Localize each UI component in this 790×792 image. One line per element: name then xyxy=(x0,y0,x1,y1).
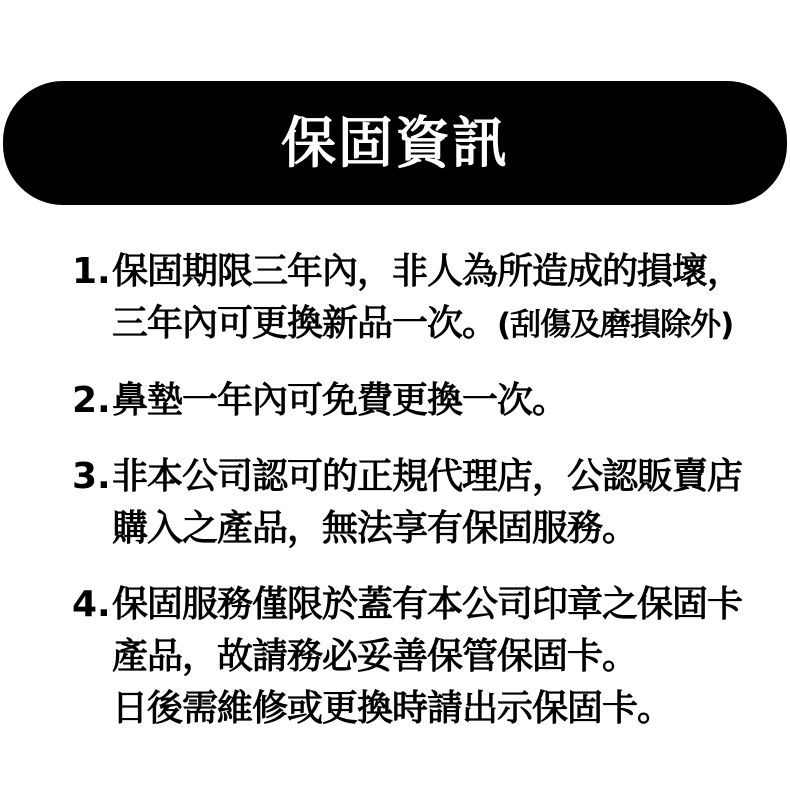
item-line: 產品，故請務必妥善保管保固卡。 xyxy=(112,631,770,683)
item-line: 非本公司認可的正規代理店，公認販賣店 xyxy=(112,451,770,503)
warranty-banner: 保固資訊 xyxy=(3,81,787,205)
item-line: 鼻墊一年內可免費更換一次。 xyxy=(112,375,770,427)
item-line: 保固期限三年內，非人為所造成的損壞， xyxy=(112,246,770,298)
item-number: 1. xyxy=(72,246,112,298)
item-number: 4. xyxy=(72,579,112,631)
item-line: 購入之產品，無法享有保固服務。 xyxy=(112,503,770,555)
item-note: (刮傷及磨損除外) xyxy=(497,307,733,343)
warranty-item-4: 4. 保固服務僅限於蓋有本公司印章之保固卡 產品，故請務必妥善保管保固卡。 日後… xyxy=(72,579,770,735)
warranty-item-3: 3. 非本公司認可的正規代理店，公認販賣店 購入之產品，無法享有保固服務。 xyxy=(72,451,770,555)
item-line: 保固服務僅限於蓋有本公司印章之保固卡 xyxy=(112,579,770,631)
warranty-item-1: 1. 保固期限三年內，非人為所造成的損壞， 三年內可更換新品一次。(刮傷及磨損除… xyxy=(72,246,770,351)
item-line: 日後需維修或更換時請出示保固卡。 xyxy=(112,683,770,735)
item-number: 2. xyxy=(72,375,112,427)
item-line: 三年內可更換新品一次。(刮傷及磨損除外) xyxy=(112,298,770,351)
warranty-list: 1. 保固期限三年內，非人為所造成的損壞， 三年內可更換新品一次。(刮傷及磨損除… xyxy=(72,246,770,759)
warranty-item-2: 2. 鼻墊一年內可免費更換一次。 xyxy=(72,375,770,427)
item-line-text: 三年內可更換新品一次。 xyxy=(112,303,497,344)
banner-title: 保固資訊 xyxy=(281,116,509,171)
item-number: 3. xyxy=(72,451,112,503)
